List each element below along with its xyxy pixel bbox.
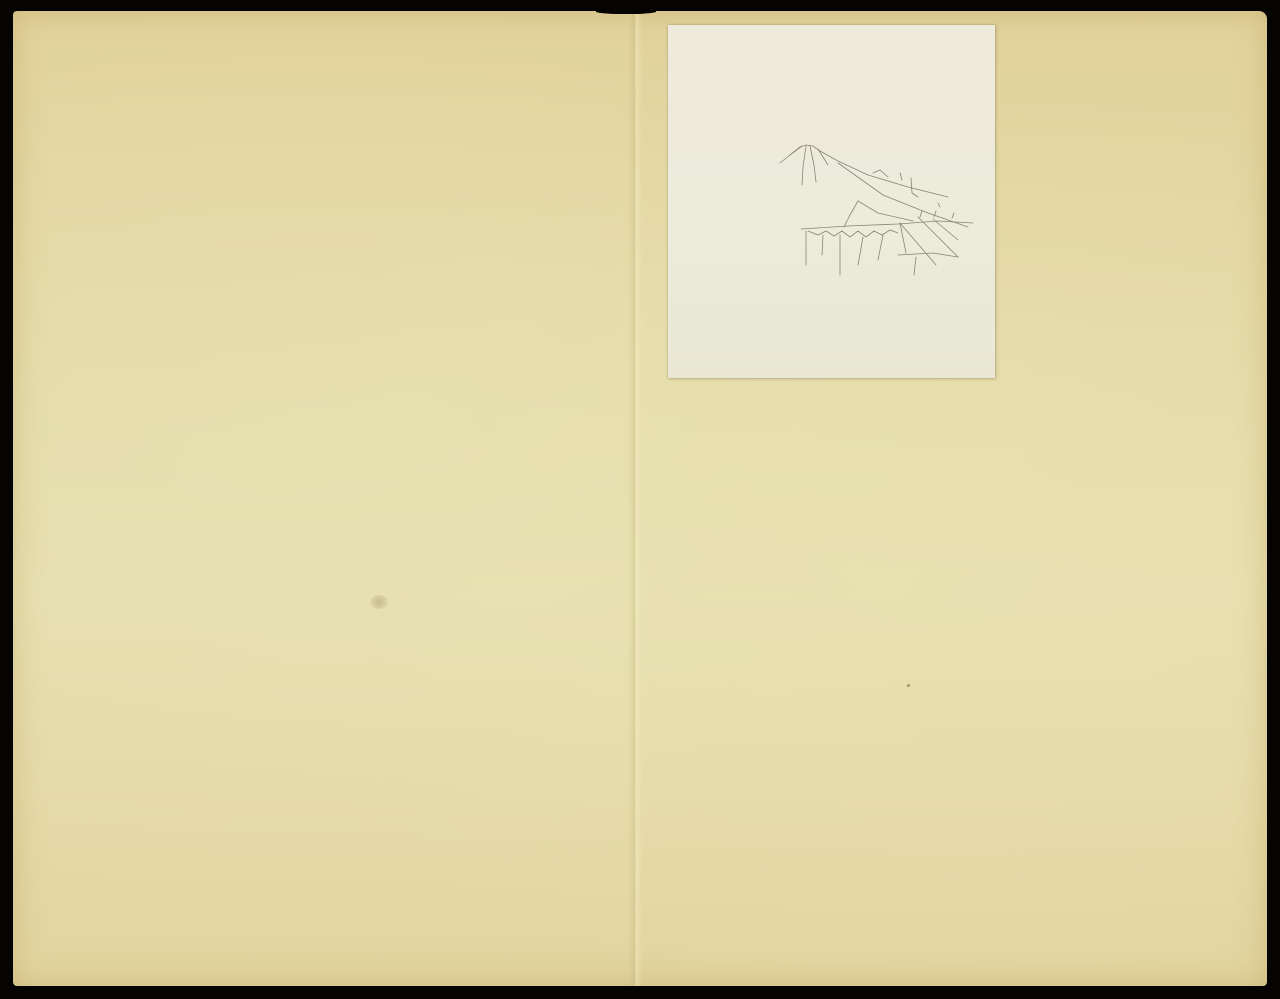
top-notch [596, 8, 656, 14]
mounted-sketch [668, 25, 995, 378]
center-fold [628, 11, 642, 986]
paper-speck [907, 684, 910, 687]
pencil-sketch-image [668, 25, 995, 378]
vertical-annotation [992, 296, 1004, 372]
paper-stain [370, 595, 388, 609]
